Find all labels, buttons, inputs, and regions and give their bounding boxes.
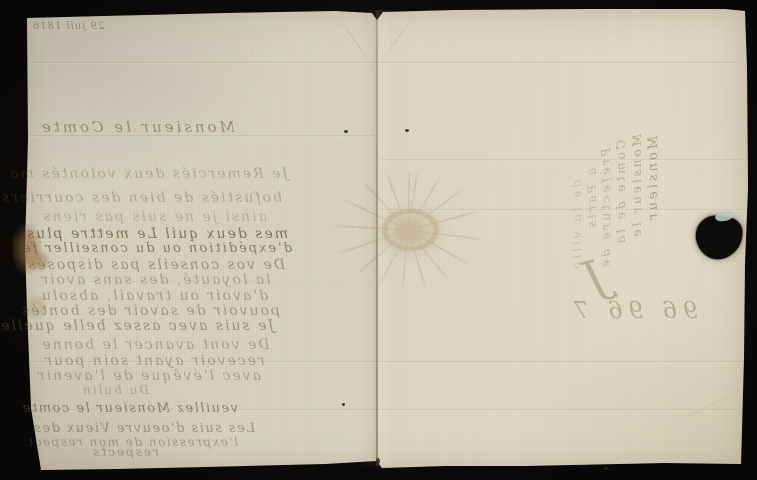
handwriting-line: ainsi je ne suis pas riens [42, 210, 267, 224]
fold-crease-right-upper [380, 159, 742, 161]
handwriting-line: mes deux quil Le mettre plus [26, 227, 288, 241]
handwriting-line: Du bulin [60, 384, 170, 396]
closing-line: veuillez Monsieur le comte [28, 402, 238, 415]
handwriting-line: Je Remerciés deux volontés ma [38, 167, 288, 181]
closing-line: respects [70, 446, 180, 458]
address-column: Comte de la [614, 140, 628, 310]
handwriting-line: bofustiés de bien des courriers [30, 191, 282, 205]
handwriting-line: d'expédition ou du conseiller fe [24, 242, 292, 255]
paper-speck [604, 467, 608, 470]
closing-line: Les suis d'oeuvre Vieux des [40, 422, 255, 435]
address-column: Monsieur [646, 136, 661, 236]
handwriting-line: d'avoir ou travail, absolu [28, 289, 280, 303]
postal-marks: 96 96 7 [568, 298, 698, 324]
corner-annotation: 29 juil 1816 [22, 22, 114, 32]
seal-ring [348, 184, 468, 276]
handwriting-line: Je suis avec assez belle quelle [34, 319, 274, 333]
salutation-line: Monsieur le Comte [55, 120, 235, 135]
address-column: Monsieur le [630, 134, 644, 284]
handwriting-line: pouvoir de savoir des bontés [30, 304, 280, 318]
paper-speck [344, 130, 348, 133]
handwriting-line: la loyauté, des sans avoir [30, 273, 280, 287]
handwriting-line: De vos conseils pas disposés [30, 258, 285, 272]
handwriting-line: avec l'évêque de l'avenir [46, 369, 261, 383]
address-column: de la ville [570, 180, 584, 300]
paper-speck [342, 403, 345, 406]
paper-speck [376, 458, 380, 464]
handwriting-line: recevoir ayant soin pour [40, 354, 268, 368]
manuscript-scan: 29 juil 1816 Monsieur le Comte Je Remerc… [0, 0, 757, 480]
seal-impression [348, 184, 468, 276]
fold-crease-top [30, 62, 740, 64]
handwriting-line: De vont avancer le bonne [36, 338, 274, 352]
paper-speck [405, 129, 409, 132]
